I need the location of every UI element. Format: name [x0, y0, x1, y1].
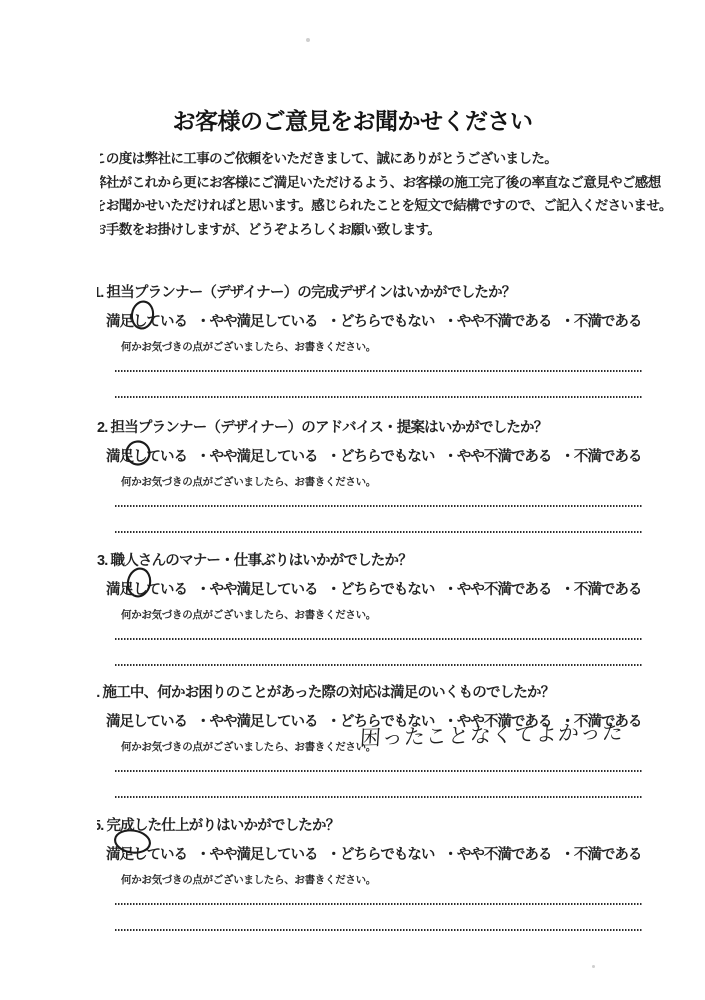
question-text: 完成した仕上がりはいかがでしたか？ [107, 818, 340, 834]
question-block-1: 1.担当プランナー（デザイナー）の完成デザインはいかがでしたか？ 満足している … [0, 281, 705, 413]
comment-line [115, 638, 643, 640]
question-text: 担当プランナー（デザイナー）のアドバイス・提案はいかがでしたか？ [111, 420, 548, 436]
option-somewhat-satisfied: ・やや満足している [196, 843, 318, 864]
question-text: 職人さんのマナー・仕事ぶりはいかがでしたか？ [111, 553, 412, 569]
question-block-5: 5.完成した仕上がりはいかがでしたか？ 満足している ・やや満足している ・どち… [0, 814, 705, 946]
option-dissatisfied: ・不満である [560, 445, 641, 466]
comment-line [115, 664, 643, 666]
question-heading: 2.担当プランナー（デザイナー）のアドバイス・提案はいかがでしたか？ [97, 416, 547, 437]
option-somewhat-dissatisfied: ・やや不満である [443, 310, 551, 331]
option-neutral: ・どちらでもない [327, 445, 435, 466]
question-number: 2. [97, 420, 108, 436]
comment-line [115, 370, 643, 372]
comment-line [115, 396, 643, 398]
comment-prompt: 何かお気づきの点がございましたら、お書きください。 [121, 607, 376, 622]
intro-line: お手数をお掛けしますが、どうぞよろしくお願い致します。 [100, 218, 666, 242]
option-somewhat-satisfied: ・やや満足している [196, 445, 318, 466]
option-dissatisfied: ・不満である [560, 843, 641, 864]
question-heading: 4.施工中、何かお困りのことがあった際の対応は満足のいくものでしたか？ [97, 681, 554, 702]
comment-prompt: 何かお気づきの点がございましたら、お書きください。 [121, 872, 376, 887]
option-somewhat-satisfied: ・やや満足している [196, 578, 318, 599]
comment-prompt: 何かお気づきの点がございましたら、お書きください。 [121, 739, 376, 754]
comment-prompt: 何かお気づきの点がございましたら、お書きください。 [121, 474, 376, 489]
option-neutral: ・どちらでもない [327, 843, 435, 864]
question-block-2: 2.担当プランナー（デザイナー）のアドバイス・提案はいかがでしたか？ 満足してい… [0, 416, 705, 548]
question-heading: 1.担当プランナー（デザイナー）の完成デザインはいかがでしたか？ [97, 281, 515, 302]
option-row: 満足している ・やや満足している ・どちらでもない ・やや不満である ・不満であ… [106, 843, 641, 864]
question-block-4: 4.施工中、何かお困りのことがあった際の対応は満足のいくものでしたか？ 満足して… [0, 681, 705, 813]
question-number: 4. [97, 685, 100, 701]
question-text: 担当プランナー（デザイナー）の完成デザインはいかがでしたか？ [107, 285, 516, 301]
option-somewhat-satisfied: ・やや満足している [196, 710, 318, 731]
option-row: 満足している ・やや満足している ・どちらでもない ・やや不満である ・不満であ… [106, 578, 641, 599]
scan-speck [592, 965, 595, 968]
comment-line [115, 770, 643, 772]
comment-line [115, 929, 643, 931]
option-dissatisfied: ・不満である [560, 578, 641, 599]
comment-line [115, 796, 643, 798]
option-somewhat-satisfied: ・やや満足している [196, 310, 318, 331]
question-text: 施工中、何かお困りのことがあった際の対応は満足のいくものでしたか？ [103, 685, 555, 701]
option-dissatisfied: ・不満である [560, 310, 641, 331]
option-neutral: ・どちらでもない [327, 310, 435, 331]
scanned-form-page: お客様のご意見をお聞かせください この度は弊社に工事のご依頼をいただきまして、誠… [0, 0, 705, 1000]
option-satisfied: 満足している [106, 445, 187, 466]
intro-paragraph: この度は弊社に工事のご依頼をいただきまして、誠にありがとうございました。 弊社が… [100, 147, 666, 241]
comment-line [115, 903, 643, 905]
question-heading: 5.完成した仕上がりはいかがでしたか？ [97, 814, 339, 835]
scan-speck [306, 38, 310, 42]
question-heading: 3.職人さんのマナー・仕事ぶりはいかがでしたか？ [97, 549, 412, 570]
option-satisfied: 満足している [106, 578, 187, 599]
comment-line [115, 505, 643, 507]
question-number: 5. [97, 818, 104, 834]
option-row: 満足している ・やや満足している ・どちらでもない ・やや不満である ・不満であ… [106, 445, 641, 466]
question-block-3: 3.職人さんのマナー・仕事ぶりはいかがでしたか？ 満足している ・やや満足してい… [0, 549, 705, 681]
intro-line: 弊社がこれから更にお客様にご満足いただけるよう、お客様の施工完了後の率直なご意見… [100, 171, 666, 195]
intro-line: この度は弊社に工事のご依頼をいただきまして、誠にありがとうございました。 [100, 147, 666, 171]
comment-prompt: 何かお気づきの点がございましたら、お書きください。 [121, 339, 376, 354]
comment-line [115, 531, 643, 533]
question-number: 1. [97, 285, 104, 301]
form-title: お客様のご意見をお聞かせください [0, 103, 705, 136]
option-somewhat-dissatisfied: ・やや不満である [443, 843, 551, 864]
option-satisfied: 満足している [106, 710, 187, 731]
option-neutral: ・どちらでもない [327, 578, 435, 599]
question-number: 3. [97, 553, 108, 569]
option-somewhat-dissatisfied: ・やや不満である [443, 445, 551, 466]
option-satisfied: 満足している [106, 843, 187, 864]
option-satisfied: 満足している [106, 310, 187, 331]
option-somewhat-dissatisfied: ・やや不満である [443, 578, 551, 599]
intro-line: をお聞かせいただければと思います。感じられたことを短文で結構ですので、ご記入くだ… [100, 194, 666, 218]
option-row: 満足している ・やや満足している ・どちらでもない ・やや不満である ・不満であ… [106, 310, 641, 331]
